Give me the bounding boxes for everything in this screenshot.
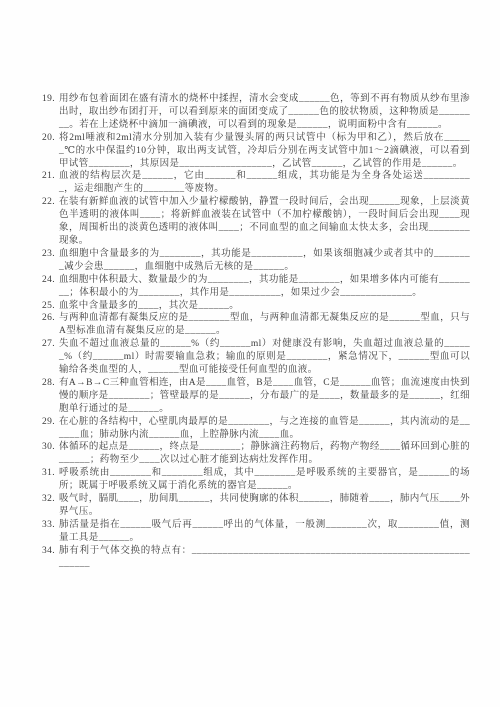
question-item-21: 21. 血液的结构层次是______，它由______和______组成，其功能… (42, 170, 470, 196)
question-text: 血浆中含量最多的____，其次是______。 (59, 300, 470, 313)
question-number: 24. (42, 274, 59, 287)
question-text: 肺有利于气体交换的特点有：___________________________… (59, 545, 470, 571)
question-text: 血细胞中体积最大、数量最少的为________，其功能是________，如果增… (59, 274, 470, 300)
question-number: 30. (42, 441, 59, 454)
question-text: 与两种血清都有凝集反应的是________型血，与两种血清都无凝集反应的是___… (59, 312, 470, 338)
question-item-22: 22. 在装有新鲜血液的试管中加入少量柠檬酸钠，静置一段时间后，会出现_____… (42, 196, 470, 248)
question-item-30: 30. 体循环的起点是______，终点是________；静脉滴注药物后，药物… (42, 441, 470, 467)
question-text: 有A→B→C三种血管相连，由A是____血管，B是____血管，C是______… (59, 377, 470, 416)
question-item-26: 26. 与两种血清都有凝集反应的是________型血，与两种血清都无凝集反应的… (42, 312, 470, 338)
question-text: 用纱布包着面团在盛有清水的烧杯中揉捏，清水会变成______色，等到不再有物质从… (59, 93, 470, 132)
question-text: 血细胞中含量最多的为________，其功能是__________，如果该细胞减… (59, 248, 470, 274)
question-number: 34. (42, 545, 59, 558)
question-item-29: 29. 在心脏的各结构中，心壁肌肉最厚的是________，与之连接的血管是__… (42, 416, 470, 442)
question-number: 23. (42, 248, 59, 261)
question-item-25: 25. 血浆中含量最多的____，其次是______。 (42, 300, 470, 313)
question-number: 29. (42, 416, 59, 429)
question-text: 呼吸系统由________和________组成，其中________是呼吸系统… (59, 467, 470, 493)
question-number: 28. (42, 377, 59, 390)
worksheet-page: 19. 用纱布包着面团在盛有清水的烧杯中揉捏，清水会变成______色，等到不再… (0, 0, 500, 707)
question-item-31: 31. 呼吸系统由________和________组成，其中________是… (42, 467, 470, 493)
question-number: 26. (42, 312, 59, 325)
question-text: 将2ml唾液和2ml清水分别加入装有少量馒头屑的两只试管中（标为甲和乙），然后放… (59, 132, 470, 171)
question-text: 血液的结构层次是______，它由______和______组成，其功能是为全身… (59, 170, 470, 196)
question-item-19: 19. 用纱布包着面团在盛有清水的烧杯中揉捏，清水会变成______色，等到不再… (42, 93, 470, 132)
question-number: 32. (42, 493, 59, 506)
question-item-28: 28. 有A→B→C三种血管相连，由A是____血管，B是____血管，C是__… (42, 377, 470, 416)
question-text: 在装有新鲜血液的试管中加入少量柠檬酸钠，静置一段时间后，会出现______现象，… (59, 196, 470, 248)
question-item-32: 32. 吸气时，膈肌____，肋间肌______，共同使胸廓的体积______，… (42, 493, 470, 519)
question-text: 失血不超过血液总量的______%（约______ml）对健康没有影响，失血超过… (59, 338, 470, 377)
question-item-27: 27. 失血不超过血液总量的______%（约______ml）对健康没有影响，… (42, 338, 470, 377)
question-text: 肺活量是指在______吸气后再______呼出的气体量，一般测________… (59, 519, 470, 545)
question-item-34: 34. 肺有利于气体交换的特点有：_______________________… (42, 545, 470, 571)
question-text: 体循环的起点是______，终点是________；静脉滴注药物后，药物产物经_… (59, 441, 470, 467)
question-item-24: 24. 血细胞中体积最大、数量最少的为________，其功能是________… (42, 274, 470, 300)
question-item-20: 20. 将2ml唾液和2ml清水分别加入装有少量馒头屑的两只试管中（标为甲和乙）… (42, 132, 470, 171)
question-item-33: 33. 肺活量是指在______吸气后再______呼出的气体量，一般测____… (42, 519, 470, 545)
question-number: 20. (42, 132, 59, 145)
question-number: 19. (42, 93, 59, 106)
question-text: 吸气时，膈肌____，肋间肌______，共同使胸廓的体积______，肺随着_… (59, 493, 470, 519)
question-number: 25. (42, 300, 59, 313)
question-number: 33. (42, 519, 59, 532)
question-item-23: 23. 血细胞中含量最多的为________，其功能是__________，如果… (42, 248, 470, 274)
question-number: 27. (42, 338, 59, 351)
question-number: 22. (42, 196, 59, 209)
worksheet-text-block: 19. 用纱布包着面团在盛有清水的烧杯中揉捏，清水会变成______色，等到不再… (42, 93, 470, 571)
question-number: 21. (42, 170, 59, 183)
question-text: 在心脏的各结构中，心壁肌肉最厚的是________，与之连接的血管是______… (59, 416, 470, 442)
question-list: 19. 用纱布包着面团在盛有清水的烧杯中揉捏，清水会变成______色，等到不再… (42, 93, 470, 571)
question-number: 31. (42, 467, 59, 480)
